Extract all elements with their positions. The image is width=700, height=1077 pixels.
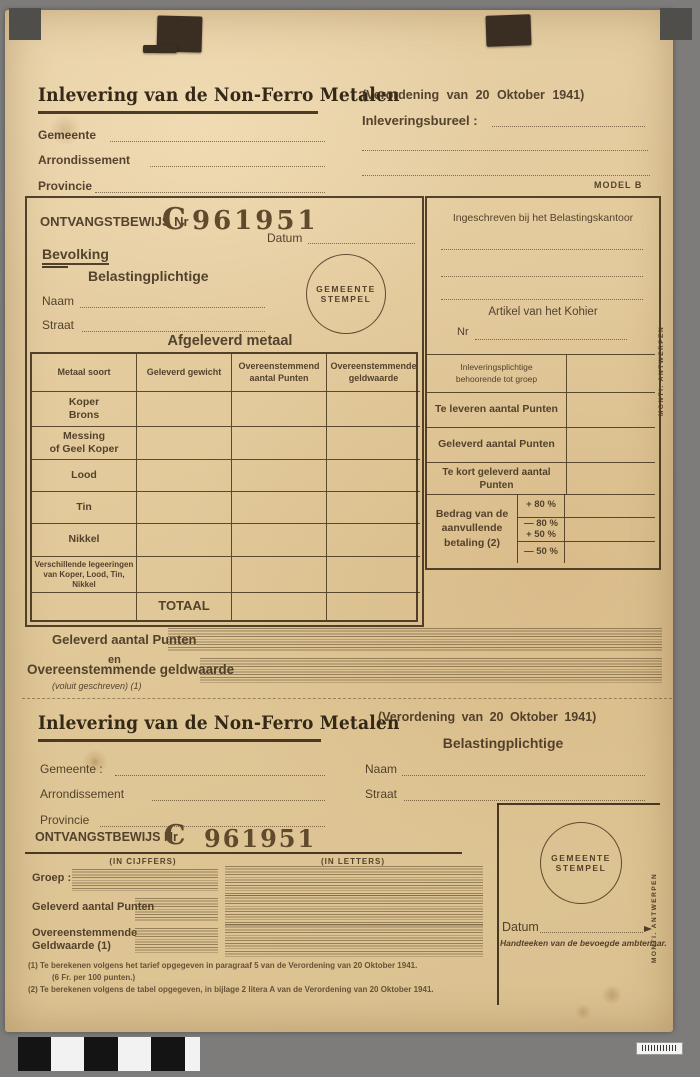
straat-line-top <box>82 330 265 332</box>
table-total-label: TOTAAL <box>137 593 232 620</box>
tax-row-value-cell <box>567 428 655 463</box>
table-header-geldwaarde: Overeenstemmende geldwaarde <box>327 354 420 392</box>
in-cijfers-label: (IN CIJFFERS) <box>85 857 201 866</box>
gemeente-label-top: Gemeente <box>38 128 96 142</box>
footnote-1: (1) Te berekenen volgens het tarief opge… <box>28 961 417 970</box>
surcharge-rate: + 80 % <box>517 494 565 518</box>
fiducial-marker-topright <box>660 8 692 40</box>
arrondissement-label-top: Arrondissement <box>38 153 130 167</box>
binder-clip-right <box>485 14 531 47</box>
table-row-label: Tin <box>32 492 137 524</box>
table-cell-empty <box>232 492 327 524</box>
scale-bar-square <box>51 1037 84 1071</box>
table-cell-empty <box>327 524 420 557</box>
datum-label-top: Datum <box>267 231 302 245</box>
regulation-top: (Verordening van 20 Oktober 1941) <box>362 88 584 102</box>
gemeente-stempel-circle-bottom: GEMEENTE STEMPEL <box>540 822 622 904</box>
tax-row-label: Inleveringsplichtige behoorende tot groe… <box>427 355 567 393</box>
table-cell-empty <box>327 427 420 460</box>
table-cell-empty <box>137 460 232 492</box>
table-cell-empty <box>32 593 137 620</box>
tax-line-3 <box>441 298 643 300</box>
table-row-label: Lood <box>32 460 137 492</box>
table-cell-empty <box>232 460 327 492</box>
surcharge-label: Bedrag van de aanvullende betaling (2) <box>427 494 517 563</box>
bevolking-underline-2 <box>42 266 68 268</box>
arrondissement-line-bottom <box>152 799 325 801</box>
title-underline-bottom <box>38 739 321 742</box>
section-divider <box>22 698 672 699</box>
surcharge-rate: — 80 % + 50 % <box>517 518 565 542</box>
scale-bar-square <box>118 1037 151 1071</box>
bureau-line <box>492 125 645 127</box>
tax-line-1 <box>441 248 643 250</box>
table-row-label: Nikkel <box>32 524 137 557</box>
printer-mark-top: MONTI. ANTWERPEN <box>658 296 665 416</box>
stamp-box-top-border <box>497 803 660 805</box>
bureau-line-3 <box>362 174 650 176</box>
tax-panel-box: Ingeschreven bij het Belastingskantoor A… <box>425 196 661 570</box>
nr-label: Nr <box>457 326 469 338</box>
provincie-label-bottom: Provincie <box>40 813 89 827</box>
table-cell-empty <box>232 524 327 557</box>
belastingplichtige-label-top: Belastingplichtige <box>88 268 209 284</box>
naam-line-bottom <box>402 774 645 776</box>
scale-bar-square <box>151 1037 185 1071</box>
scale-bar-square <box>84 1037 118 1071</box>
tax-line-2 <box>441 275 643 277</box>
in-letters-label: (IN LETTERS) <box>295 857 411 866</box>
table-cell-empty <box>137 492 232 524</box>
stamp-box-left-border <box>497 803 499 1005</box>
points-letters-fill <box>225 895 483 926</box>
title-underline-top <box>38 111 318 114</box>
tax-row-value-cell <box>567 393 655 428</box>
belastingplichtige-label-bottom: Belastingplichtige <box>428 735 578 751</box>
arrondissement-label-bottom: Arrondissement <box>40 787 124 801</box>
table-cell-empty <box>327 392 420 427</box>
photo-canvas: Inlevering van de Non-Ferro Metalen (Ver… <box>0 0 700 1077</box>
table-cell-empty <box>137 427 232 460</box>
bureau-line-2 <box>362 149 648 151</box>
fiducial-marker-topleft <box>9 8 41 40</box>
surcharge-value-cell <box>565 542 655 563</box>
table-cell-empty <box>232 557 327 593</box>
datum-line-bottom <box>540 931 643 933</box>
gemeente-label-bottom: Gemeente : <box>40 762 103 776</box>
afgeleverd-metaal-heading: Afgeleverd metaal <box>160 333 300 349</box>
straat-label-bottom: Straat <box>365 787 397 801</box>
straat-label-top: Straat <box>42 318 74 332</box>
scale-bar-square <box>185 1037 200 1071</box>
scale-bar-square <box>18 1037 51 1071</box>
gemeente-line-bottom <box>115 774 325 776</box>
totals-value-fill <box>200 658 662 684</box>
value-letters-fill <box>225 924 483 957</box>
table-cell-empty <box>137 392 232 427</box>
tax-rows: Inleveringsplichtige behoorende tot groe… <box>427 354 655 495</box>
table-cell-empty <box>327 557 420 593</box>
receipt-series-bottom: C <box>164 820 186 851</box>
table-header-gewicht: Geleverd gewicht <box>137 354 232 392</box>
table-row-label: Koper Brons <box>32 392 137 427</box>
surcharge-rate: — 50 % <box>517 542 565 563</box>
gemeente-stempel-circle-top: GEMEENTE STEMPEL <box>306 254 386 334</box>
signature-label: Handteeken van de bevoegde ambtenaar. <box>500 938 667 948</box>
provincie-label-top: Provincie <box>38 179 92 193</box>
table-cell-empty <box>137 524 232 557</box>
table-header-punten: Overeenstemmend aantal Punten <box>232 354 327 392</box>
points-cijfers-fill <box>135 898 218 922</box>
table-cell-empty <box>327 593 420 620</box>
groep-label: Groep : <box>32 872 71 884</box>
naam-label-bottom: Naam <box>365 762 397 776</box>
table-cell-empty <box>137 557 232 593</box>
gemeente-line-top <box>110 140 325 142</box>
tax-row-value-cell <box>567 463 655 495</box>
table-cell-empty <box>232 392 327 427</box>
barcode-sticker <box>636 1042 683 1055</box>
datum-label-bottom: Datum <box>502 920 539 934</box>
receipt-rule-bottom <box>25 852 462 854</box>
surcharge-value-cell <box>565 494 655 518</box>
tax-row-label: Te kort geleverd aantal Punten <box>427 463 567 495</box>
table-row-label: Messing of Geel Koper <box>32 427 137 460</box>
printer-mark-bottom: MONTI. ANTWERPEN <box>651 828 658 963</box>
nr-line <box>475 338 627 340</box>
receipt-number-bottom: 961951 <box>204 824 316 853</box>
artikel-kohier-label: Artikel van het Kohier <box>427 306 659 318</box>
groep-cijfers-fill <box>72 869 218 891</box>
bureau-label: Inleveringsbureel : <box>362 113 478 128</box>
provincie-line-top <box>95 191 325 193</box>
table-cell-empty <box>232 593 327 620</box>
receipt-label-bottom: ONTVANGSTBEWIJS Nr <box>35 830 178 844</box>
table-cell-empty <box>327 492 420 524</box>
naam-line-top <box>80 306 265 308</box>
table-header-metaal: Metaal soort <box>32 354 137 392</box>
table-row-label: Verschillende legeeringen van Koper, Loo… <box>32 557 137 593</box>
model-label: MODEL B <box>594 180 642 190</box>
tax-row-label: Te leveren aantal Punten <box>427 393 567 428</box>
footnote-1b: (6 Fr. per 100 punten.) <box>52 973 135 982</box>
footnote-2: (2) Te berekenen volgens de tabel opgege… <box>28 985 434 994</box>
surcharge-section: Bedrag van de aanvullende betaling (2) +… <box>427 494 655 563</box>
value-cijfers-fill <box>135 928 218 953</box>
datum-line-top <box>308 242 415 244</box>
tax-row-value-cell <box>567 355 655 393</box>
regulation-bottom: (Verordening van 20 Oktober 1941) <box>378 710 596 724</box>
totals-value-sub: (voluit geschreven) (1) <box>52 681 142 691</box>
bevolking-label: Bevolking <box>42 246 109 265</box>
naam-label-top: Naam <box>42 294 74 308</box>
value-label-bottom: Overeenstemmende Geldwaarde (1) <box>32 927 137 953</box>
surcharge-value-cell <box>565 518 655 542</box>
form-title-top: Inlevering van de Non-Ferro Metalen <box>38 84 400 106</box>
metal-table: Metaal soort Geleverd gewicht Overeenste… <box>30 352 418 622</box>
totals-points-fill <box>168 628 662 652</box>
binder-clip-left-foot <box>143 45 177 53</box>
tax-registered-label: Ingeschreven bij het Belastingskantoor <box>427 212 659 224</box>
table-cell-empty <box>232 427 327 460</box>
form-title-bottom: Inlevering van de Non-Ferro Metalen <box>38 712 400 734</box>
tax-row-label: Geleverd aantal Punten <box>427 428 567 463</box>
arrondissement-line-top <box>150 165 325 167</box>
straat-line-bottom <box>404 799 645 801</box>
receipt-series-top: C <box>162 202 186 237</box>
table-cell-empty <box>327 460 420 492</box>
groep-letters-fill <box>225 866 483 896</box>
